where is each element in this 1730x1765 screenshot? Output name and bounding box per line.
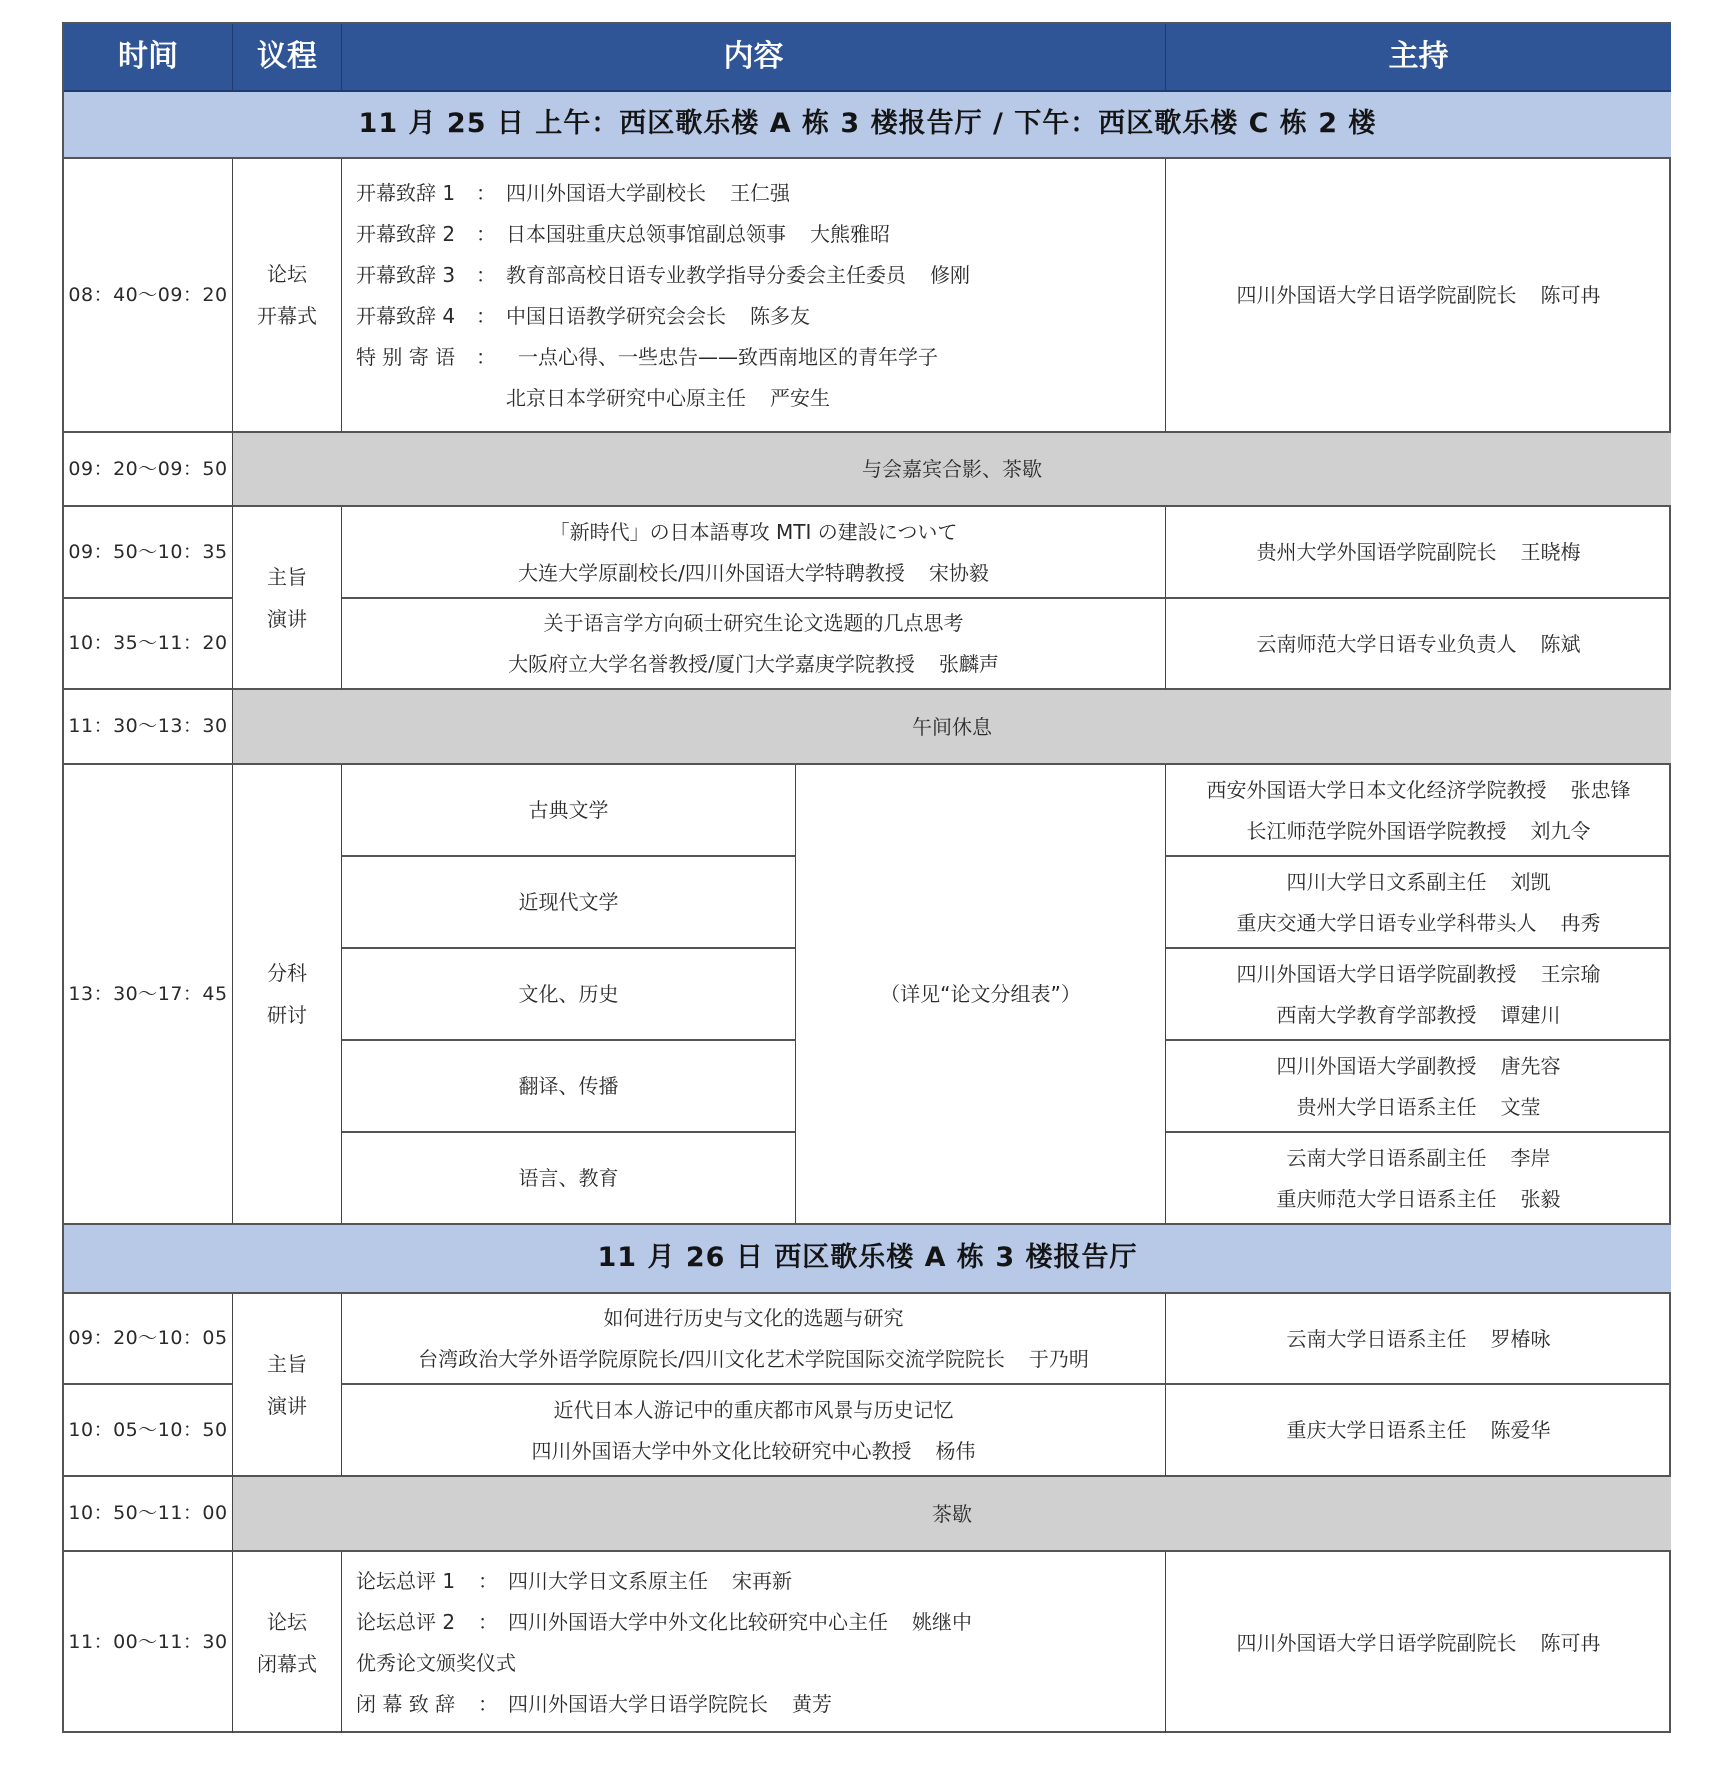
breakout-agenda-line1: 分科	[267, 961, 307, 985]
opening-item: 开幕致辞 4：中国日语教学研究会会长陈多友	[356, 304, 970, 328]
item-value: 中国日语教学研究会会长	[506, 304, 726, 328]
moderator-name: 谭建川	[1501, 1003, 1561, 1027]
tea-break-row: 茶歇	[233, 1477, 1671, 1552]
item-name: 陈多友	[750, 304, 810, 328]
item-label: 论坛总评 2	[356, 1610, 478, 1634]
photo-break-label: 与会嘉宾合影、茶歇	[862, 457, 1042, 481]
moderator-title: 云南师范大学日语专业负责人	[1257, 632, 1517, 656]
item-value: 日本国驻重庆总领事馆副总领事	[506, 222, 786, 246]
item-value: 一点心得、一些忠告——致西南地区的青年学子	[506, 345, 938, 369]
item-name: 大熊雅昭	[810, 222, 890, 246]
closing-agenda-line2: 闭幕式	[257, 1652, 317, 1676]
moderator-name: 陈斌	[1541, 632, 1581, 656]
lunch-time: 11：30～13：30	[64, 690, 233, 765]
breakout-topic: 文化、历史	[342, 949, 796, 1041]
keynote-time-text: 09：50～10：35	[68, 541, 227, 564]
item-label: 开幕致辞 1	[356, 181, 476, 205]
moderator-title: 四川外国语大学日语学院副院长	[1237, 1631, 1517, 1655]
moderator-name: 李岸	[1511, 1146, 1551, 1170]
talk-title: 如何进行历史与文化的选题与研究	[418, 1306, 1089, 1330]
keynote-time-text: 09：20～10：05	[68, 1327, 227, 1350]
item-value: 四川大学日文系原主任	[508, 1569, 708, 1593]
header-agenda: 议程	[233, 24, 342, 92]
breakout-note: （详见“论文分组表”）	[796, 765, 1166, 1225]
item-label: 闭 幕 致 辞	[356, 1692, 478, 1716]
talk-speaker: 台湾政治大学外语学院原院长/四川文化艺术学院国际交流学院院长	[418, 1347, 1005, 1371]
lunch-break-label: 午间休息	[912, 715, 992, 739]
moderator-name: 王晓梅	[1521, 540, 1581, 564]
keynote1-moderator: 贵州大学外国语学院副院长王晓梅	[1166, 507, 1671, 599]
moderator-title: 贵州大学外国语学院副院长	[1257, 540, 1497, 564]
opening-time-text: 08：40～09：20	[68, 284, 227, 307]
breakout-topic: 翻译、传播	[342, 1041, 796, 1133]
opening-content: 开幕致辞 1：四川外国语大学副校长王仁强 开幕致辞 2：日本国驻重庆总领事馆副总…	[342, 159, 1166, 433]
closing-agenda: 论坛闭幕式	[233, 1552, 342, 1733]
closing-item: 优秀论文颁奖仪式	[356, 1651, 972, 1675]
breakout-agenda-line2: 研讨	[267, 1003, 307, 1027]
talk-speaker-name: 杨伟	[936, 1439, 976, 1463]
keynote-agenda-line2: 演讲	[267, 607, 307, 631]
keynote4-content: 近代日本人游记中的重庆都市风景与历史记忆四川外国语大学中外文化比较研究中心教授杨…	[342, 1385, 1166, 1477]
keynote2-moderator: 云南师范大学日语专业负责人陈斌	[1166, 599, 1671, 690]
moderator-title: 四川外国语大学日语学院副教授	[1237, 962, 1517, 986]
keynote3-moderator: 云南大学日语系主任罗椿咏	[1166, 1294, 1671, 1385]
item-colon: ：	[476, 345, 506, 369]
item-name: 王仁强	[730, 181, 790, 205]
moderator-name: 唐先容	[1501, 1054, 1561, 1078]
item-value: 教育部高校日语专业教学指导分委会主任委员	[506, 263, 906, 287]
closing-moderator: 四川外国语大学日语学院副院长陈可冉	[1166, 1552, 1671, 1733]
item-label: 特 别 寄 语	[356, 345, 476, 369]
header-content: 内容	[342, 24, 1166, 92]
item-name: 黄芳	[792, 1692, 832, 1716]
topic-label: 翻译、传播	[519, 1074, 619, 1098]
talk-title: 「新時代」の日本語専攻 MTI の建設について	[518, 520, 989, 544]
keynote-agenda: 主旨演讲	[233, 507, 342, 690]
moderator-name: 张忠锋	[1571, 778, 1631, 802]
moderator-title: 四川大学日文系副主任	[1287, 870, 1487, 894]
day1-date-band: 11 月 25 日 上午：西区歌乐楼 A 栋 3 楼报告厅 / 下午：西区歌乐楼…	[64, 92, 1671, 159]
keynote3-content: 如何进行历史与文化的选题与研究台湾政治大学外语学院原院长/四川文化艺术学院国际交…	[342, 1294, 1166, 1385]
item-colon: ：	[476, 181, 506, 205]
opening-item-sub: 北京日本学研究中心原主任严安生	[356, 386, 970, 410]
moderator-title: 西安外国语大学日本文化经济学院教授	[1207, 778, 1547, 802]
moderator-title: 西南大学教育学部教授	[1277, 1003, 1477, 1027]
moderator-name: 刘九令	[1531, 819, 1591, 843]
keynote1-content: 「新時代」の日本語専攻 MTI の建設について大连大学原副校长/四川外国语大学特…	[342, 507, 1166, 599]
schedule-table: 时间 议程 内容 主持 11 月 25 日 上午：西区歌乐楼 A 栋 3 楼报告…	[62, 22, 1671, 1733]
keynote-agenda-line1: 主旨	[267, 1352, 307, 1376]
day2-keynote-agenda: 主旨演讲	[233, 1294, 342, 1477]
breakout-agenda: 分科研讨	[233, 765, 342, 1225]
moderator-name: 刘凯	[1511, 870, 1551, 894]
breakout-moderators: 四川大学日文系副主任刘凯 重庆交通大学日语专业学科带头人冉秀	[1166, 857, 1671, 949]
tea-break-label: 茶歇	[932, 1502, 972, 1526]
photo-time: 09：20～09：50	[64, 433, 233, 507]
item-label: 开幕致辞 3	[356, 263, 476, 287]
item-name: 姚继中	[912, 1610, 972, 1634]
moderator-name: 陈可冉	[1541, 1631, 1601, 1655]
breakout-topic: 语言、教育	[342, 1133, 796, 1225]
item-value: 四川外国语大学中外文化比较研究中心主任	[508, 1610, 888, 1634]
header-time-label: 时间	[118, 39, 178, 75]
moderator-title: 重庆交通大学日语专业学科带头人	[1237, 911, 1537, 935]
opening-agenda-line1: 论坛	[257, 262, 317, 286]
item-value: 四川外国语大学副校长	[506, 181, 706, 205]
breakout-time: 13：30～17：45	[64, 765, 233, 1225]
moderator-title: 云南大学日语系主任	[1287, 1327, 1467, 1351]
item-name: 严安生	[770, 386, 830, 410]
item-colon: ：	[478, 1569, 508, 1593]
moderator-name: 张毅	[1521, 1187, 1561, 1211]
item-colon: ：	[476, 304, 506, 328]
opening-item: 特 别 寄 语：一点心得、一些忠告——致西南地区的青年学子	[356, 345, 970, 369]
opening-moderator: 四川外国语大学日语学院副院长陈可冉	[1166, 159, 1671, 433]
moderator-title: 长江师范学院外国语学院教授	[1247, 819, 1507, 843]
header-content-label: 内容	[724, 39, 784, 75]
closing-item: 论坛总评 1：四川大学日文系原主任宋再新	[356, 1569, 972, 1593]
keynote2-time: 10：35～11：20	[64, 599, 233, 690]
item-value: 四川外国语大学日语学院院长	[508, 1692, 768, 1716]
item-name: 宋再新	[732, 1569, 792, 1593]
moderator-title: 重庆大学日语系主任	[1287, 1418, 1467, 1442]
moderator-name: 陈爱华	[1491, 1418, 1551, 1442]
closing-item: 论坛总评 2：四川外国语大学中外文化比较研究中心主任姚继中	[356, 1610, 972, 1634]
breakout-topic: 近现代文学	[342, 857, 796, 949]
moderator-name: 王宗瑜	[1541, 962, 1601, 986]
moderator-name: 陈可冉	[1541, 283, 1601, 307]
talk-speaker-name: 宋协毅	[929, 561, 989, 585]
lunch-time-text: 11：30～13：30	[68, 715, 227, 738]
item-label: 开幕致辞 2	[356, 222, 476, 246]
talk-title: 近代日本人游记中的重庆都市风景与历史记忆	[532, 1398, 976, 1422]
item-name: 修刚	[930, 263, 970, 287]
talk-speaker: 大阪府立大学名誉教授/厦门大学嘉庚学院教授	[508, 652, 915, 676]
closing-time: 11：00～11：30	[64, 1552, 233, 1733]
keynote1-time: 09：50～10：35	[64, 507, 233, 599]
item-colon: ：	[478, 1610, 508, 1634]
keynote4-time: 10：05～10：50	[64, 1385, 233, 1477]
keynote-agenda-line1: 主旨	[267, 565, 307, 589]
item-colon: ：	[476, 263, 506, 287]
header-moderator-label: 主持	[1389, 39, 1449, 75]
breakout-moderators: 四川外国语大学日语学院副教授王宗瑜 西南大学教育学部教授谭建川	[1166, 949, 1671, 1041]
talk-speaker: 大连大学原副校长/四川外国语大学特聘教授	[518, 561, 905, 585]
keynote3-time: 09：20～10：05	[64, 1294, 233, 1385]
moderator-name: 文莹	[1501, 1095, 1541, 1119]
item-colon: ：	[476, 222, 506, 246]
moderator-title: 四川外国语大学副教授	[1277, 1054, 1477, 1078]
tea-time: 10：50～11：00	[64, 1477, 233, 1552]
item-colon: ：	[478, 1692, 508, 1716]
day1-date-text: 11 月 25 日 上午：西区歌乐楼 A 栋 3 楼报告厅 / 下午：西区歌乐楼…	[359, 108, 1377, 140]
moderator-name: 罗椿咏	[1491, 1327, 1551, 1351]
opening-agenda: 论坛开幕式	[233, 159, 342, 433]
keynote-time-text: 10：05～10：50	[68, 1419, 227, 1442]
breakout-moderators: 西安外国语大学日本文化经济学院教授张忠锋 长江师范学院外国语学院教授刘九令	[1166, 765, 1671, 857]
day2-date-band: 11 月 26 日 西区歌乐楼 A 栋 3 楼报告厅	[64, 1225, 1671, 1294]
header-moderator: 主持	[1166, 24, 1671, 92]
talk-speaker-name: 于乃明	[1029, 1347, 1089, 1371]
closing-agenda-line1: 论坛	[257, 1610, 317, 1634]
opening-time: 08：40～09：20	[64, 159, 233, 433]
topic-label: 文化、历史	[519, 982, 619, 1006]
breakout-moderators: 云南大学日语系副主任李岸 重庆师范大学日语系主任张毅	[1166, 1133, 1671, 1225]
talk-speaker: 四川外国语大学中外文化比较研究中心教授	[532, 1439, 912, 1463]
topic-label: 近现代文学	[519, 890, 619, 914]
day2-date-text: 11 月 26 日 西区歌乐楼 A 栋 3 楼报告厅	[597, 1242, 1137, 1274]
breakout-note-text: （详见“论文分组表”）	[880, 982, 1081, 1006]
item-value: 北京日本学研究中心原主任	[506, 386, 746, 410]
header-time: 时间	[64, 24, 233, 92]
item-label: 优秀论文颁奖仪式	[356, 1651, 516, 1675]
moderator-title: 四川外国语大学日语学院副院长	[1237, 283, 1517, 307]
header-agenda-label: 议程	[257, 39, 317, 75]
opening-item: 开幕致辞 3：教育部高校日语专业教学指导分委会主任委员修刚	[356, 263, 970, 287]
keynote-agenda-line2: 演讲	[267, 1394, 307, 1418]
keynote4-moderator: 重庆大学日语系主任陈爱华	[1166, 1385, 1671, 1477]
closing-item: 闭 幕 致 辞：四川外国语大学日语学院院长黄芳	[356, 1692, 972, 1716]
topic-label: 古典文学	[529, 798, 609, 822]
moderator-title: 重庆师范大学日语系主任	[1277, 1187, 1497, 1211]
moderator-title: 云南大学日语系副主任	[1287, 1146, 1487, 1170]
opening-item: 开幕致辞 1：四川外国语大学副校长王仁强	[356, 181, 970, 205]
topic-label: 语言、教育	[519, 1166, 619, 1190]
item-label: 开幕致辞 4	[356, 304, 476, 328]
moderator-title: 贵州大学日语系主任	[1297, 1095, 1477, 1119]
breakout-moderators: 四川外国语大学副教授唐先容 贵州大学日语系主任文莹	[1166, 1041, 1671, 1133]
breakout-topic: 古典文学	[342, 765, 796, 857]
tea-time-text: 10：50～11：00	[68, 1502, 227, 1525]
moderator-name: 冉秀	[1561, 911, 1601, 935]
opening-agenda-line2: 开幕式	[257, 304, 317, 328]
item-label: 论坛总评 1	[356, 1569, 478, 1593]
keynote-time-text: 10：35～11：20	[68, 632, 227, 655]
photo-break-row: 与会嘉宾合影、茶歇	[233, 433, 1671, 507]
breakout-time-text: 13：30～17：45	[68, 983, 227, 1006]
photo-time-text: 09：20～09：50	[68, 458, 227, 481]
closing-content: 论坛总评 1：四川大学日文系原主任宋再新 论坛总评 2：四川外国语大学中外文化比…	[342, 1552, 1166, 1733]
keynote2-content: 关于语言学方向硕士研究生论文选题的几点思考大阪府立大学名誉教授/厦门大学嘉庚学院…	[342, 599, 1166, 690]
lunch-break-row: 午间休息	[233, 690, 1671, 765]
closing-time-text: 11：00～11：30	[68, 1631, 227, 1654]
talk-speaker-name: 张麟声	[939, 652, 999, 676]
opening-item: 开幕致辞 2：日本国驻重庆总领事馆副总领事大熊雅昭	[356, 222, 970, 246]
talk-title: 关于语言学方向硕士研究生论文选题的几点思考	[508, 611, 999, 635]
